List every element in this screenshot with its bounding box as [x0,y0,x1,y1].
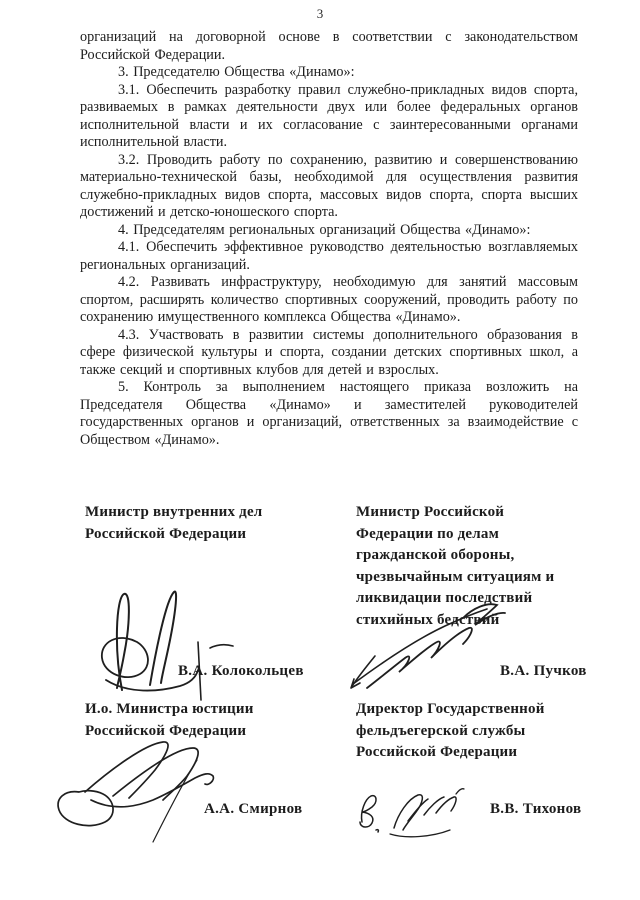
signatory-title-courier: Директор Государственной фельдъегерской … [356,699,545,764]
paragraph-item-4-2: 4.2. Развивать инфраструктуру, необходим… [80,274,578,327]
signatory-name-tikhonov: В.В. Тихонов [490,801,581,818]
signature-kolokoltsev [88,580,238,706]
signatory-name-puchkov: В.А. Пучков [500,663,587,680]
paragraph-item-4-3: 4.3. Участвовать в развитии системы допо… [80,327,578,380]
paragraph-item-3-2: 3.2. Проводить работу по сохранению, раз… [80,152,578,222]
paragraph-item-3-1: 3.1. Обеспечить разработку правил служеб… [80,82,578,152]
document-page: 3 организаций на договорной основе в соо… [0,0,640,900]
signature-tikhonov [348,786,483,841]
signatory-name-smirnov: А.А. Смирнов [204,801,302,818]
paragraph-item-5: 5. Контроль за выполнением настоящего пр… [80,379,578,449]
signature-puchkov [345,598,510,693]
paragraph-item-4-1: 4.1. Обеспечить эффективное руководство … [80,239,578,274]
signature-smirnov [55,738,245,846]
body-text: организаций на договорной основе в соотв… [80,29,578,449]
paragraph-item-4: 4. Председателям региональных организаци… [80,222,578,240]
paragraph-continuation: организаций на договорной основе в соотв… [80,29,578,64]
signatory-name-kolokoltsev: В.А. Колокольцев [178,663,304,680]
signatory-title-mvd: Министр внутренних дел Российской Федера… [85,502,262,545]
page-number: 3 [0,6,640,22]
paragraph-item-3: 3. Председателю Общества «Динамо»: [80,64,578,82]
signatory-title-justice: И.о. Министра юстиции Российской Федерац… [85,699,254,742]
